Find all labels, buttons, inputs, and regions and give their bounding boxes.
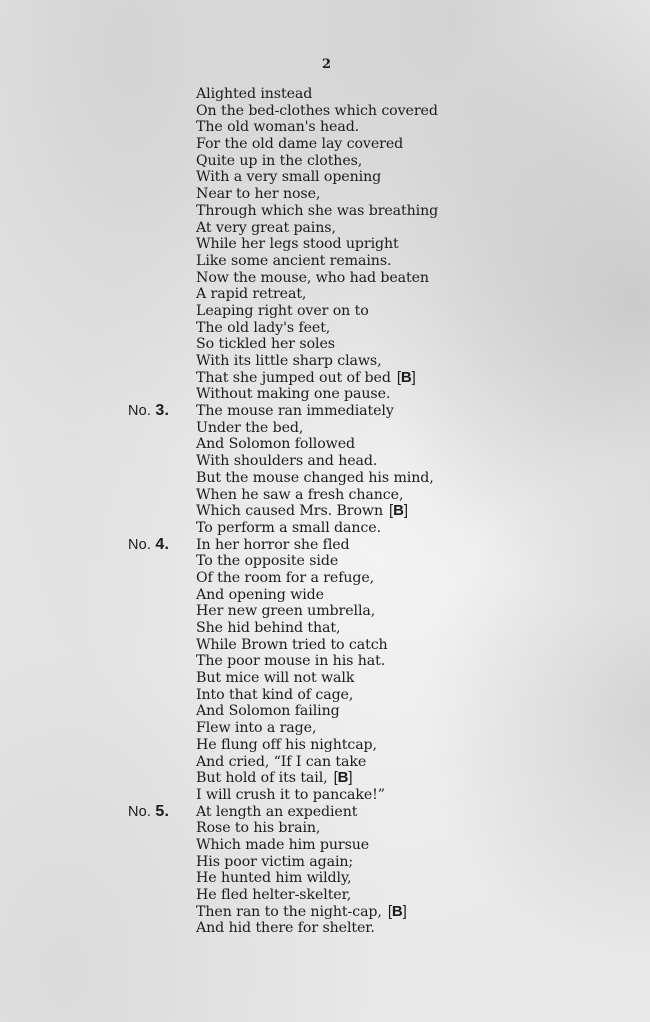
verse-line: While her legs stood upright [196,236,496,253]
cue-marker: [B] [334,769,353,786]
verse-line: Now the mouse, who had beaten [196,270,496,287]
verse-line-text: In her horror she fled [196,537,350,553]
verse-line: Leaping right over on to [196,303,496,320]
verse-line: And opening wide [196,587,496,604]
verse-line-text: She hid behind that, [196,620,340,636]
verse-line: He hunted him wildly, [196,870,496,887]
scanned-page: 2 Alighted insteadOn the bed-clothes whi… [0,0,650,1022]
verse-line-text: But mice will not walk [196,670,354,686]
verse-line: Like some ancient remains. [196,253,496,270]
verse-line-text: While her legs stood upright [196,236,399,252]
page-number: 2 [322,57,331,72]
verse-line: Without making one pause. [196,386,496,403]
verse-line-text: He hunted him wildly, [196,870,351,886]
verse-line-text: Into that kind of cage, [196,687,353,703]
verse-line: With a very small opening [196,169,496,186]
verse-line: The old lady's feet, [196,320,496,337]
verse-line: Of the room for a refuge, [196,570,496,587]
verse-line: And Solomon failing [196,703,496,720]
verse-body: Alighted insteadOn the bed-clothes which… [196,86,496,937]
verse-line-text: He flung off his nightcap, [196,737,377,753]
verse-line: Her new green umbrella, [196,603,496,620]
verse-line-text: The mouse ran immediately [196,403,394,419]
verse-line-text: He fled helter-skelter, [196,887,351,903]
verse-line: Alighted instead [196,86,496,103]
verse-line: A rapid retreat, [196,286,496,303]
verse-line-text: And hid there for shelter. [196,920,375,936]
verse-line: But the mouse changed his mind, [196,470,496,487]
verse-line-text: With its little sharp claws, [196,353,382,369]
verse-line: I will crush it to pancake!” [196,787,496,804]
verse-line: Quite up in the clothes, [196,153,496,170]
stanza-number: No. 3. [128,403,169,420]
cue-close-bracket: ] [412,369,416,386]
verse-line: That she jumped out of bed[B] [196,370,496,387]
verse-line: Near to her nose, [196,186,496,203]
verse-line: When he saw a fresh chance, [196,487,496,504]
verse-line: To the opposite side [196,553,496,570]
stanza-number: No. 4. [128,537,169,554]
verse-line: She hid behind that, [196,620,496,637]
verse-line-text: And cried, “If I can take [196,754,366,770]
verse-line-text: The poor mouse in his hat. [196,653,385,669]
verse-line: But hold of its tail,[B] [196,770,496,787]
verse-line: Under the bed, [196,420,496,437]
verse-line-text: Near to her nose, [196,186,320,202]
verse-line-text: The old lady's feet, [196,320,330,336]
cue-letter: B [401,369,412,386]
verse-line-text: The old woman's head. [196,119,359,135]
verse-line-text: To the opposite side [196,553,338,569]
verse-line-text: Like some ancient remains. [196,253,391,269]
verse-line-text: Under the bed, [196,420,303,436]
verse-line: He fled helter-skelter, [196,887,496,904]
verse-line-text: And opening wide [196,587,324,603]
verse-line-text: So tickled her soles [196,336,335,352]
stanza-num-value: 3. [155,402,169,419]
verse-line-text: Then ran to the night-cap, [196,904,382,920]
verse-line: But mice will not walk [196,670,496,687]
cue-marker: [B] [388,903,407,920]
verse-line-text: While Brown tried to catch [196,637,388,653]
verse-line-text: Without making one pause. [196,386,390,402]
verse-line: With its little sharp claws, [196,353,496,370]
stanza-label: No. [128,403,151,419]
verse-line: Which made him pursue [196,837,496,854]
verse-line: No. 4.In her horror she fled [196,537,496,554]
verse-line: With shoulders and head. [196,453,496,470]
verse-line: To perform a small dance. [196,520,496,537]
verse-line: Flew into a rage, [196,720,496,737]
stanza-num-value: 5. [155,803,169,820]
verse-line-text: Through which she was breathing [196,203,438,219]
verse-line-text: With shoulders and head. [196,453,377,469]
verse-line-text: A rapid retreat, [196,286,306,302]
verse-line: And cried, “If I can take [196,754,496,771]
stanza-number: No. 5. [128,804,169,821]
verse-line-text: At length an expedient [196,804,357,820]
verse-line-text: I will crush it to pancake!” [196,787,385,803]
verse-line-text: Rose to his brain, [196,820,320,836]
cue-letter: B [392,903,403,920]
verse-line: And hid there for shelter. [196,920,496,937]
verse-line: Which caused Mrs. Brown[B] [196,503,496,520]
verse-line: Rose to his brain, [196,820,496,837]
verse-line-text: Leaping right over on to [196,303,369,319]
verse-line: His poor victim again; [196,854,496,871]
verse-line-text: To perform a small dance. [196,520,381,536]
verse-line: While Brown tried to catch [196,637,496,654]
verse-line: No. 3.The mouse ran immediately [196,403,496,420]
verse-line: And Solomon followed [196,436,496,453]
verse-line-text: For the old dame lay covered [196,136,403,152]
verse-line: Into that kind of cage, [196,687,496,704]
stanza-num-value: 4. [155,536,169,553]
verse-line-text: His poor victim again; [196,854,353,870]
cue-close-bracket: ] [348,769,352,786]
verse-line-text: Now the mouse, who had beaten [196,270,429,286]
cue-close-bracket: ] [403,903,407,920]
verse-line-text: With a very small opening [196,169,381,185]
verse-line-text: Which caused Mrs. Brown [196,503,383,519]
verse-line: He flung off his nightcap, [196,737,496,754]
verse-line: The poor mouse in his hat. [196,653,496,670]
verse-line-text: But hold of its tail, [196,770,328,786]
verse-line-text: Flew into a rage, [196,720,316,736]
verse-line: The old woman's head. [196,119,496,136]
stanza-label: No. [128,804,151,820]
verse-line-text: On the bed-clothes which covered [196,103,438,119]
verse-line-text: Of the room for a refuge, [196,570,374,586]
verse-line-text: Her new green umbrella, [196,603,375,619]
cue-close-bracket: ] [404,502,408,519]
verse-line: On the bed-clothes which covered [196,103,496,120]
verse-line-text: Which made him pursue [196,837,369,853]
verse-line-text: But the mouse changed his mind, [196,470,434,486]
verse-line-text: And Solomon failing [196,703,340,719]
verse-line: So tickled her soles [196,336,496,353]
cue-letter: B [393,502,404,519]
cue-letter: B [338,769,349,786]
verse-line-text: And Solomon followed [196,436,355,452]
verse-line-text: Alighted instead [196,86,312,102]
verse-line: Through which she was breathing [196,203,496,220]
verse-line-text: Quite up in the clothes, [196,153,362,169]
stanza-label: No. [128,537,151,553]
verse-line-text: When he saw a fresh chance, [196,487,403,503]
cue-marker: [B] [397,369,416,386]
verse-line: For the old dame lay covered [196,136,496,153]
verse-line-text: At very great pains, [196,220,336,236]
verse-line: Then ran to the night-cap,[B] [196,904,496,921]
verse-line-text: That she jumped out of bed [196,370,391,386]
verse-line: At very great pains, [196,220,496,237]
cue-marker: [B] [389,502,408,519]
verse-line: No. 5.At length an expedient [196,804,496,821]
